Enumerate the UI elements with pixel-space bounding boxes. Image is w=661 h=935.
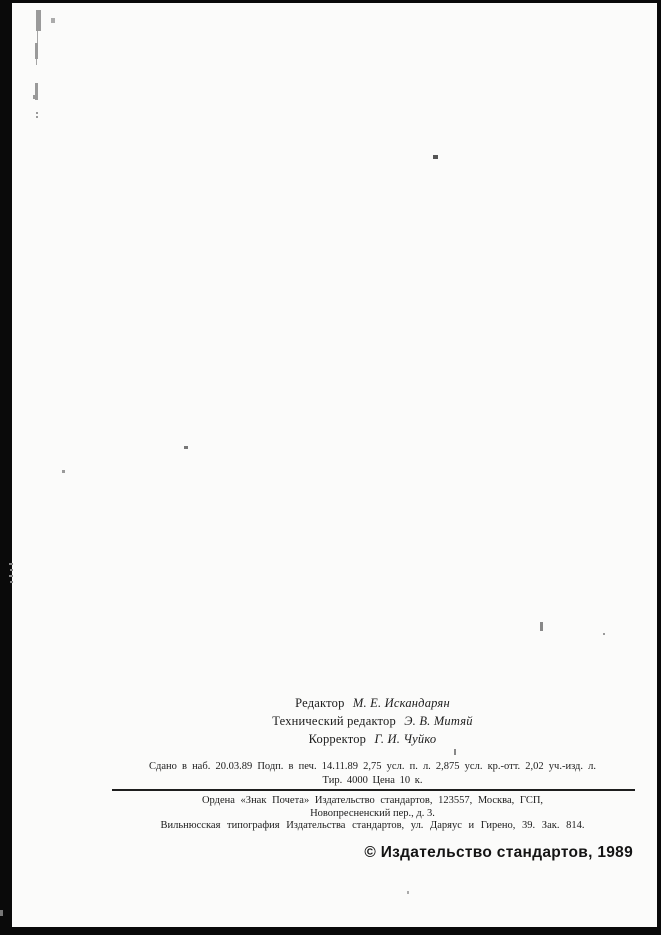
scan-artifact <box>454 749 456 755</box>
scan-artifact <box>184 446 188 449</box>
scan-artifact <box>0 910 3 916</box>
imprint-line: Тир. 4000 Цена 10 к. <box>112 774 633 788</box>
scan-artifact <box>36 59 37 65</box>
scan-artifact <box>35 43 38 59</box>
staff-line-technical-editor: Технический редактор Э. В. Митяй <box>112 712 633 730</box>
scan-artifact <box>9 575 13 577</box>
scan-artifact <box>36 10 41 31</box>
copyright-notice: © Издательство стандартов, 1989 <box>112 844 633 862</box>
publisher-block: Ордена «Знак Почета» Издательство станда… <box>112 795 633 833</box>
scan-artifact <box>10 569 13 571</box>
imprint-line: Сдано в наб. 20.03.89 Подп. в печ. 14.11… <box>112 760 633 774</box>
scan-artifact <box>603 633 605 635</box>
staff-name: Г. И. Чуйко <box>374 732 436 746</box>
staff-role: Корректор <box>309 732 367 746</box>
scan-artifact <box>51 18 55 23</box>
scan-artifact <box>10 581 13 583</box>
staff-line-editor: Редактор М. Е. Искандарян <box>112 694 633 712</box>
staff-block: Редактор М. Е. Искандарян Технический ре… <box>112 694 633 748</box>
scanned-page: Редактор М. Е. Искандарян Технический ре… <box>0 0 661 935</box>
divider-rule <box>112 789 635 791</box>
staff-role: Технический редактор <box>272 714 396 728</box>
scan-artifact <box>540 622 543 631</box>
publisher-line: Новопресненский пер., д. 3. <box>112 808 633 821</box>
scan-artifact <box>407 891 409 894</box>
staff-name: М. Е. Искандарян <box>353 696 450 710</box>
publisher-line: Ордена «Знак Почета» Издательство станда… <box>112 795 633 808</box>
scan-artifact <box>62 470 65 473</box>
scan-artifact <box>33 95 37 99</box>
scan-artifact <box>36 112 38 114</box>
scan-artifact <box>36 116 38 118</box>
staff-line-proofreader: Корректор Г. И. Чуйко <box>112 730 633 748</box>
scan-artifact <box>37 31 38 43</box>
publisher-line: Вильнюсская типография Издательства стан… <box>112 820 633 833</box>
imprint-block: Сдано в наб. 20.03.89 Подп. в печ. 14.11… <box>112 760 633 788</box>
staff-role: Редактор <box>295 696 344 710</box>
scan-artifact <box>9 563 13 565</box>
scan-artifact <box>433 155 438 159</box>
staff-name: Э. В. Митяй <box>404 714 472 728</box>
